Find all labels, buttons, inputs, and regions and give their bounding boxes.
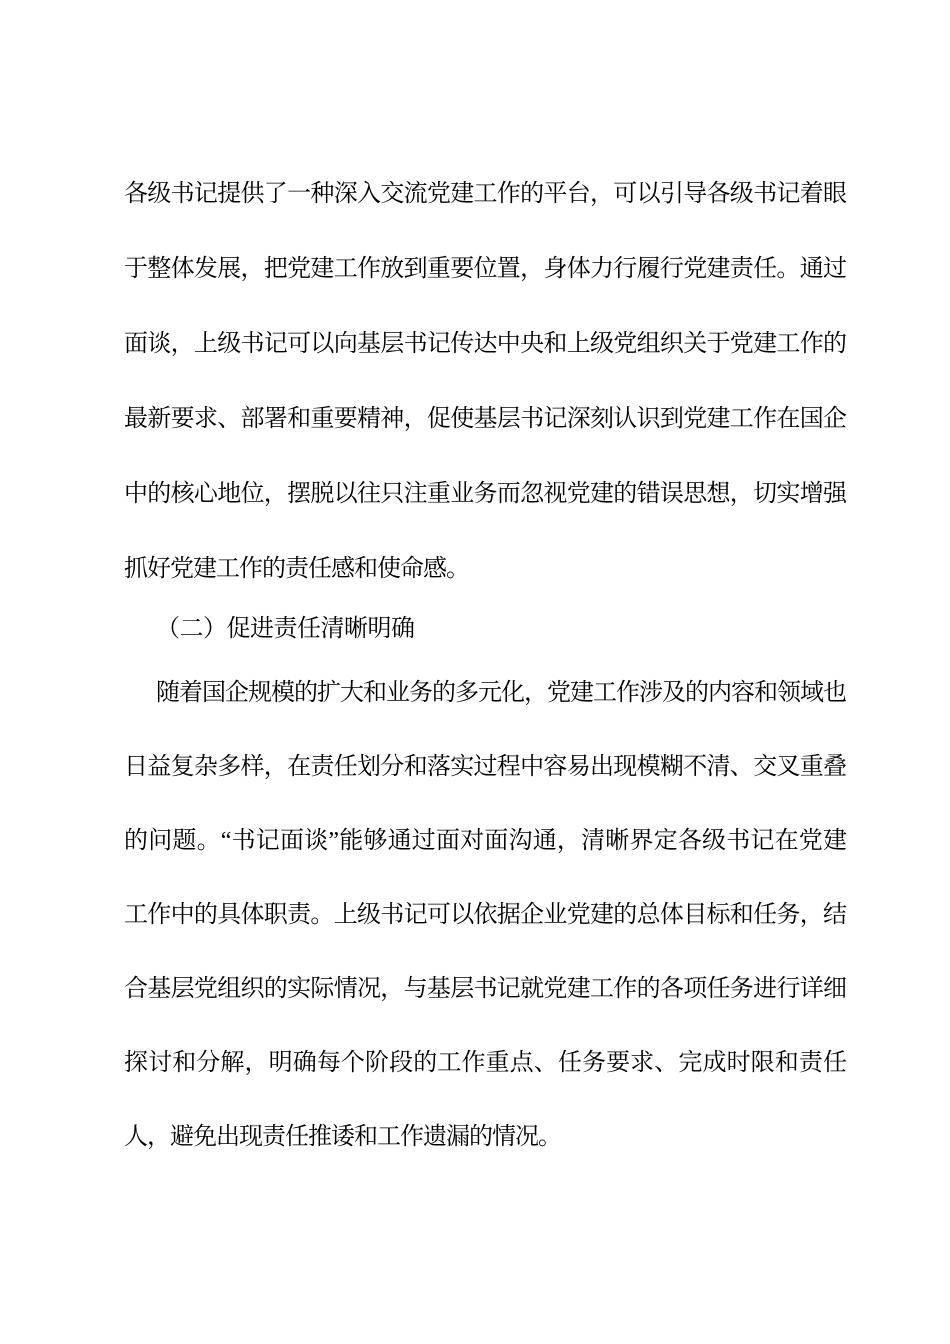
body-line: 面谈，上级书记可以向基层书记传达中央和上级党组织关于党建工作的 — [124, 307, 846, 382]
body-line: 合基层党组织的实际情况，与基层书记就党建工作的各项任务进行详细 — [124, 952, 846, 1026]
document-page: 各级书记提供了一种深入交流党建工作的平台，可以引导各级书记着眼 于整体发展，把党… — [0, 0, 950, 1344]
paragraph-continuation: 各级书记提供了一种深入交流党建工作的平台，可以引导各级书记着眼 于整体发展，把党… — [124, 157, 846, 607]
body-line-paragraph-end: 人，避免出现责任推诿和工作遗漏的情况。 — [124, 1100, 846, 1174]
body-line: 的问题。“书记面谈”能够通过面对面沟通，清晰界定各级书记在党建 — [124, 804, 846, 878]
body-line: 于整体发展，把党建工作放到重要位置，身体力行履行党建责任。通过 — [124, 232, 846, 307]
body-line: 探讨和分解，明确每个阶段的工作重点、任务要求、完成时限和责任 — [124, 1026, 846, 1100]
body-line: 各级书记提供了一种深入交流党建工作的平台，可以引导各级书记着眼 — [124, 157, 846, 232]
body-line: 工作中的具体职责。上级书记可以依据企业党建的总体目标和任务，结 — [124, 878, 846, 952]
body-line-paragraph-start: 随着国企规模的扩大和业务的多元化，党建工作涉及的内容和领域也 — [124, 656, 846, 730]
body-line: 日益复杂多样，在责任划分和落实过程中容易出现模糊不清、交叉重叠 — [124, 730, 846, 804]
paragraph: 随着国企规模的扩大和业务的多元化，党建工作涉及的内容和领域也 日益复杂多样，在责… — [124, 656, 846, 1174]
body-line: 中的核心地位，摆脱以往只注重业务而忽视党建的错误思想，切实增强 — [124, 457, 846, 532]
body-line: 最新要求、部署和重要精神，促使基层书记深刻认识到党建工作在国企 — [124, 382, 846, 457]
